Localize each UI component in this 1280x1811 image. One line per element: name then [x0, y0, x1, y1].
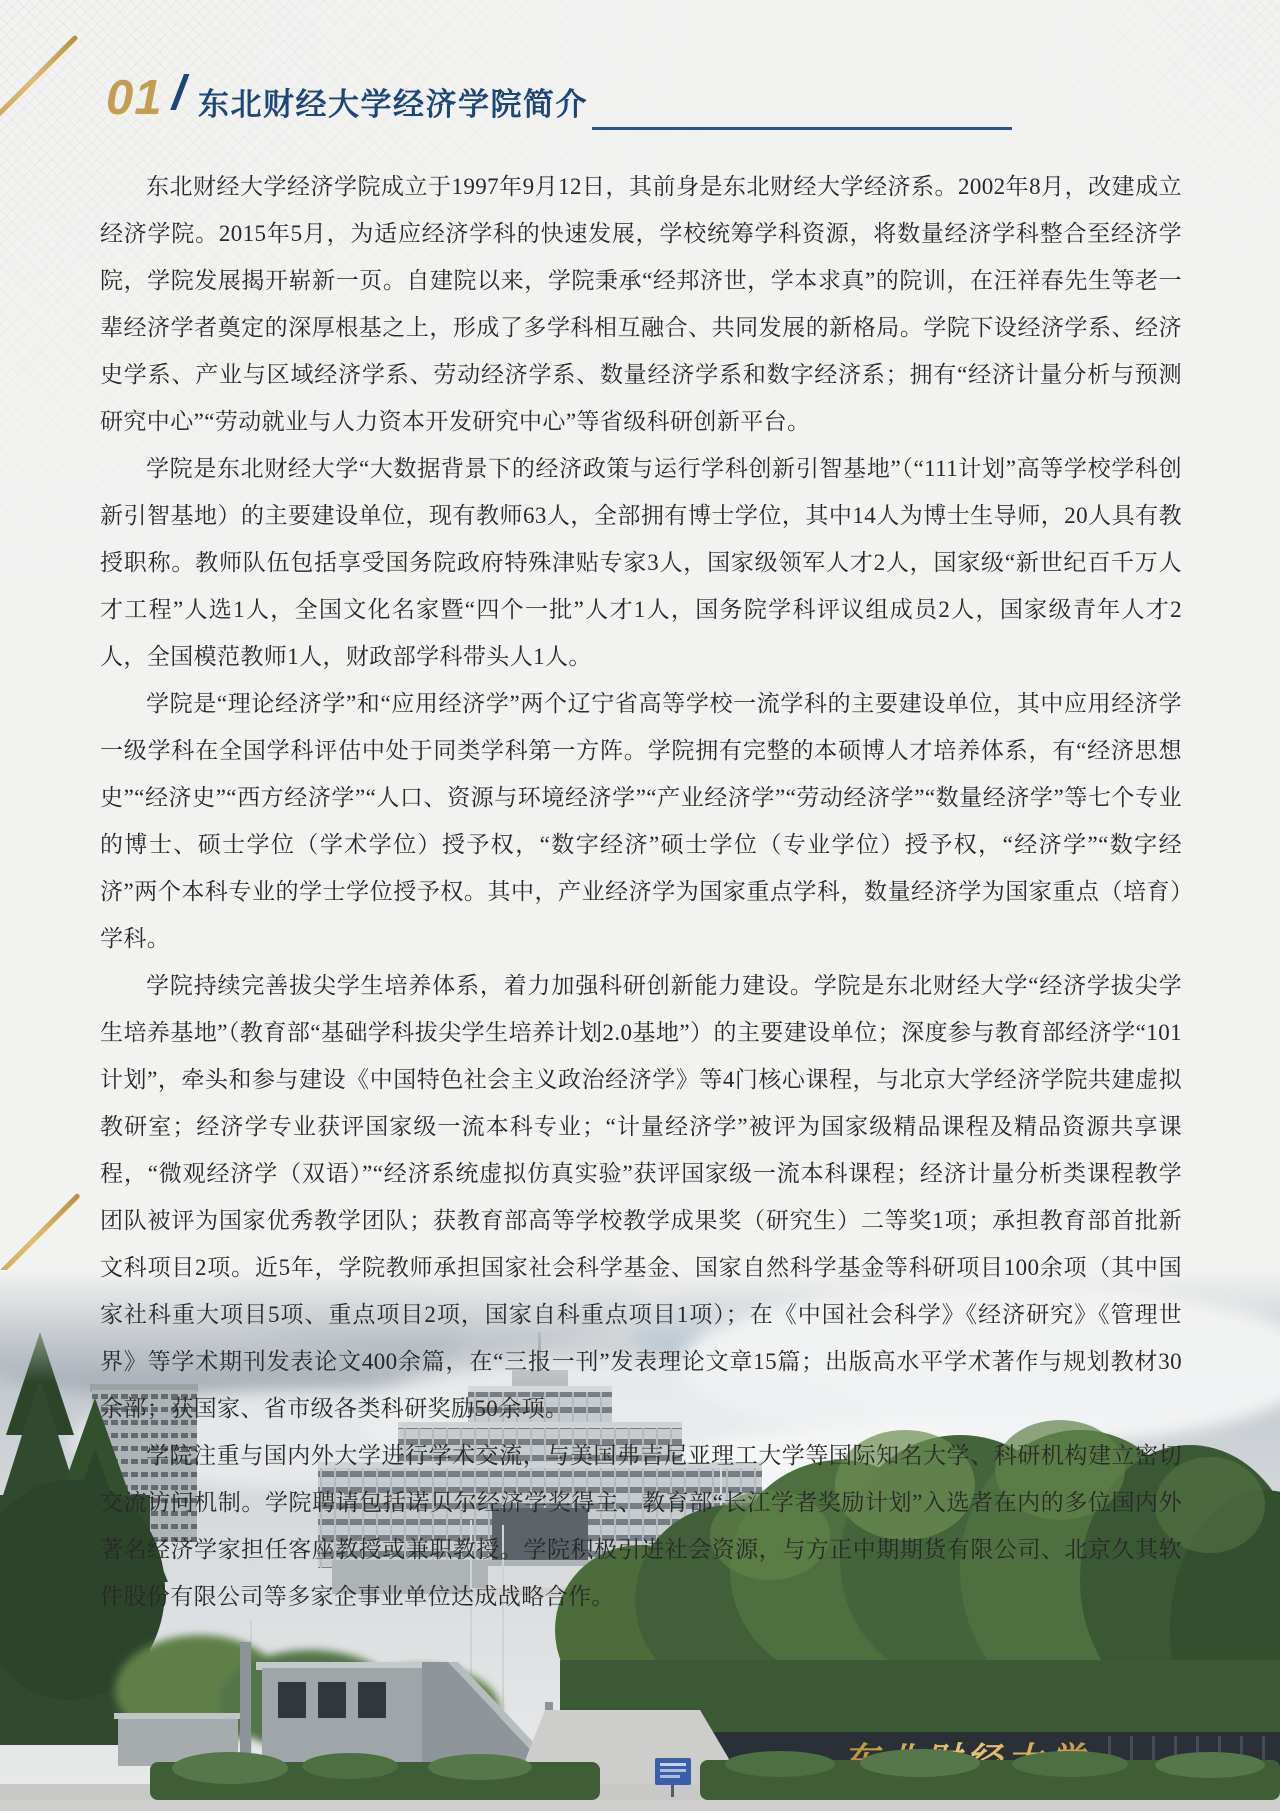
section-number: 01	[106, 74, 163, 123]
paragraph-cooperation: 学院注重与国内外大学进行学术交流，与美国弗吉尼亚理工大学等国际知名大学、科研机构…	[100, 1432, 1182, 1620]
body-text: 东北财经大学经济学院成立于1997年9月12日，其前身是东北财经大学经济系。20…	[100, 163, 1182, 1620]
title-underline	[592, 127, 1012, 130]
paragraph-disciplines: 学院是“理论经济学”和“应用经济学”两个辽宁省高等学校一流学科的主要建设单位，其…	[100, 680, 1182, 962]
paragraph-faculty: 学院是东北财经大学“大数据背景下的经济政策与运行学科创新引智基地”（“111计划…	[100, 445, 1182, 680]
paragraph-teaching-research: 学院持续完善拔尖学生培养体系，着力加强科研创新能力建设。学院是东北财经大学“经济…	[100, 962, 1182, 1432]
page-title: 东北财经大学经济学院简介	[198, 86, 588, 123]
brochure-page: 01 / 东北财经大学经济学院简介 东北财经大学经济学院成立于1997年9月12…	[0, 0, 1280, 1811]
paragraph-history: 东北财经大学经济学院成立于1997年9月12日，其前身是东北财经大学经济系。20…	[100, 163, 1182, 445]
section-divider-slash: /	[172, 70, 185, 118]
